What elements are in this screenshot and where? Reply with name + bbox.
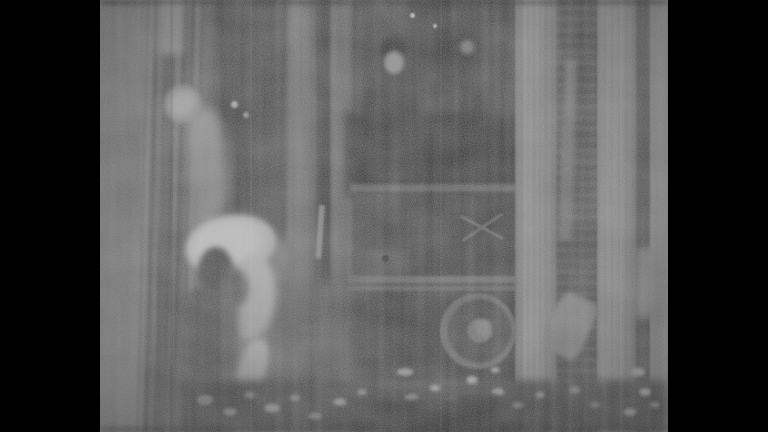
letterbox-left xyxy=(0,0,100,432)
vignette-overlay xyxy=(100,0,668,432)
film-still xyxy=(100,0,668,432)
video-frame xyxy=(0,0,768,432)
letterbox-right xyxy=(668,0,768,432)
mine-scene xyxy=(100,0,668,432)
